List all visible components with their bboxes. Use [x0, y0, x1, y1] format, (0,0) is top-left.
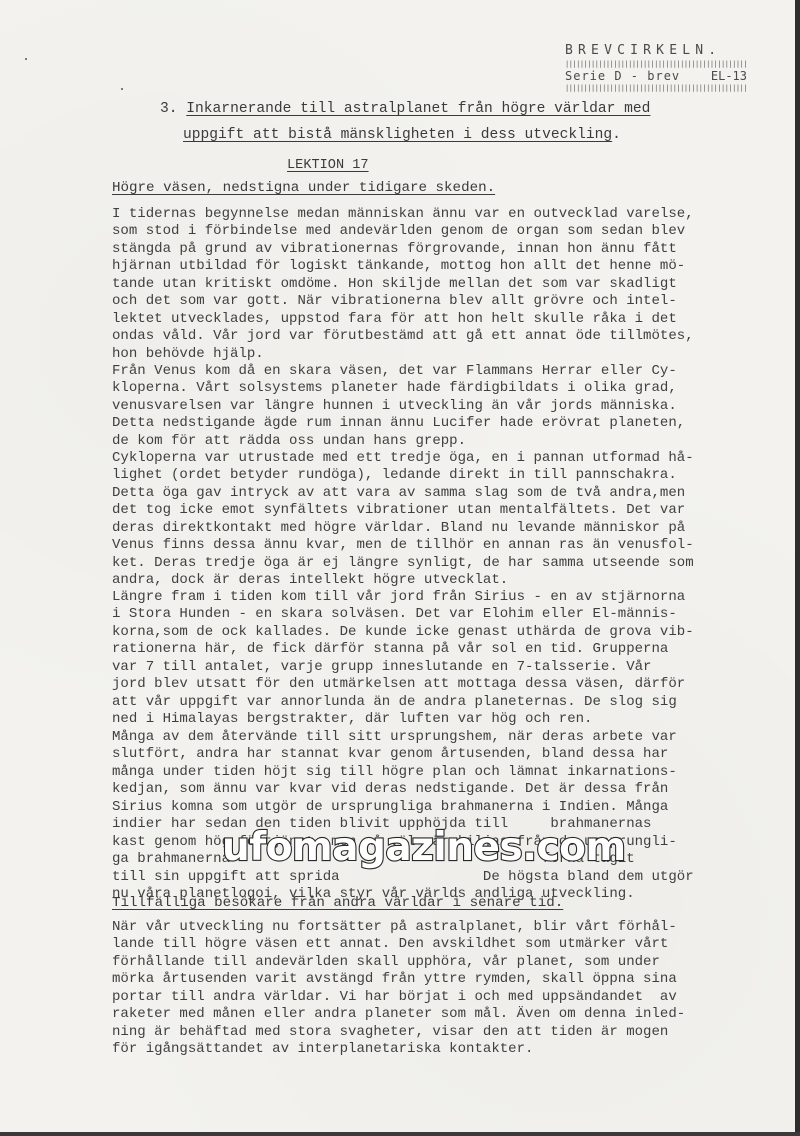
letterhead: BREVCIRKELN. |||||||||||||||||||||||||||…	[565, 42, 747, 92]
section-heading-1: Högre väsen, nedstigna under tidigare sk…	[112, 180, 495, 196]
title-text-2: uppgift att bistå mänskligheten i dess u…	[183, 127, 612, 143]
paper-speck	[121, 88, 123, 90]
letterhead-brand: BREVCIRKELN.	[565, 42, 747, 60]
title-period: .	[612, 127, 621, 143]
paragraph-4: Längre fram i tiden kom till vår jord fr…	[112, 589, 722, 729]
scan-edge-bottom	[0, 1132, 800, 1136]
section-heading-2: Tillfälliga besökare från andra världar …	[112, 895, 563, 911]
lesson-heading: LEKTION 17	[287, 158, 369, 173]
letterhead-code: EL-13	[711, 68, 747, 84]
title-text-1: Inkarnerande till astralplanet från högr…	[186, 101, 650, 117]
letterhead-rule-top: ||||||||||||||||||||||||||||||||||||||||…	[565, 60, 747, 68]
paragraph-6: När vår utveckling nu fortsätter på astr…	[112, 919, 722, 1059]
title-number: 3.	[160, 101, 178, 117]
letterhead-series-row: Serie D - brev EL-13	[565, 68, 747, 84]
paragraph-5: Många av dem återvände till sitt ursprun…	[112, 729, 722, 904]
letterhead-rule-bottom: ||||||||||||||||||||||||||||||||||||||||…	[565, 84, 747, 92]
paragraph-2: Från Venus kom då en skara väsen, det va…	[112, 363, 722, 450]
watermark: ufomagazines.com	[222, 826, 626, 870]
document-title-line-1: 3. Inkarnerande till astralplanet från h…	[160, 101, 680, 117]
document-page: BREVCIRKELN. |||||||||||||||||||||||||||…	[0, 0, 795, 1132]
paper-speck	[25, 58, 27, 60]
paragraph-1: I tidernas begynnelse medan människan än…	[112, 206, 722, 363]
paragraph-3: Cykloperna var utrustade med ett tredje …	[112, 450, 722, 590]
letterhead-series: Serie D - brev	[565, 68, 680, 84]
scan-edge-right	[795, 0, 800, 1136]
document-title-line-2: uppgift att bistå mänskligheten i dess u…	[183, 127, 703, 143]
